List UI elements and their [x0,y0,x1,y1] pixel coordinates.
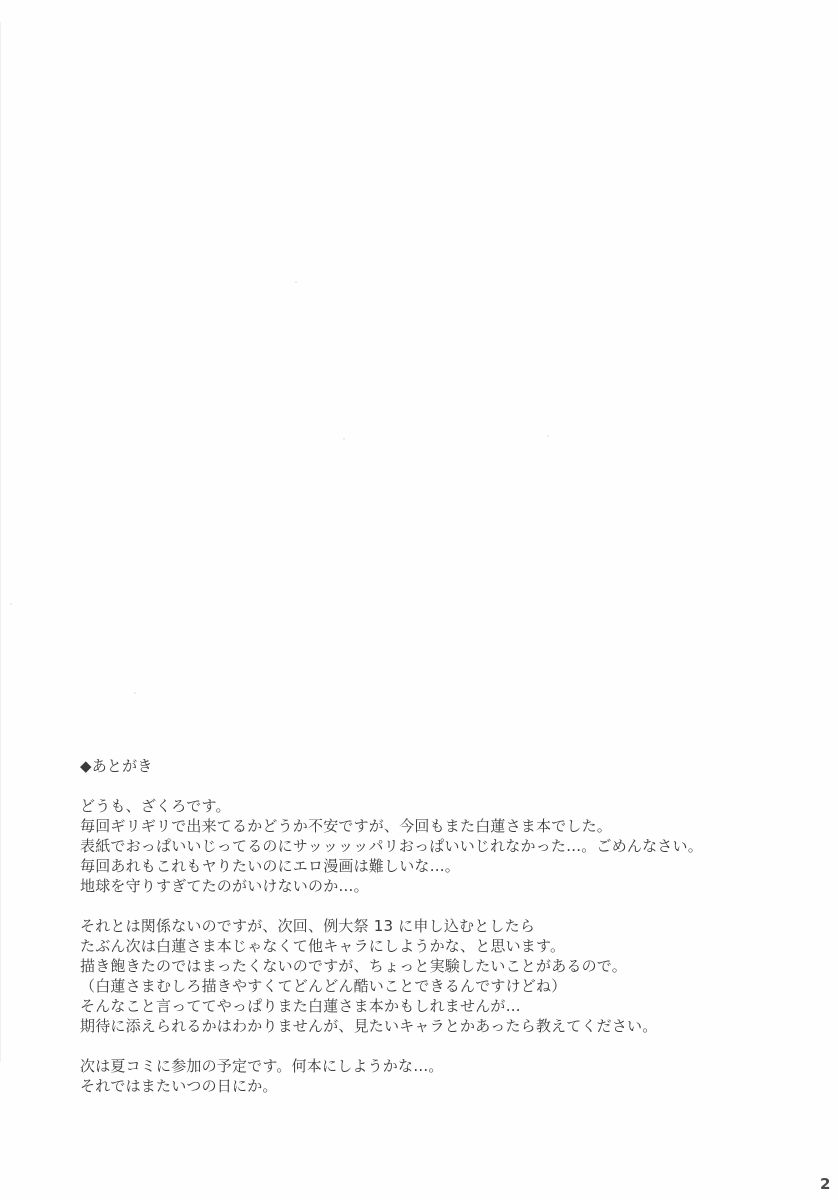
text-line: どうも、ざくろです。 [80,796,780,816]
text-line: 期待に添えられるかはわかりませんが、見たいキャラとかあったら教えてください。 [80,1016,780,1036]
scan-edge-artifact [0,22,1,1062]
text-line: それとは関係ないのですが、次回、例大祭 13 に申し込むとしたら [80,916,780,936]
text-line: 次は夏コミに参加の予定です。何本にしようかな…。 [80,1056,780,1076]
text-line: たぶん次は白蓮さま本じゃなくて他キャラにしようかな、と思います。 [80,936,780,956]
text-line: 地球を守りすぎてたのがいけないのか…。 [80,876,780,896]
dust-speck [134,692,136,694]
afterword-paragraph-2: それとは関係ないのですが、次回、例大祭 13 に申し込むとしたら たぶん次は白蓮… [80,916,780,1036]
afterword-section: ◆あとがき どうも、ざくろです。 毎回ギリギリで出来てるかどうか不安ですが、今回… [80,756,780,1116]
afterword-paragraph-1: どうも、ざくろです。 毎回ギリギリで出来てるかどうか不安ですが、今回もまた白蓮さ… [80,796,780,896]
text-line: （白蓮さまむしろ描きやすくてどんどん酷いことできるんですけどね） [80,976,780,996]
dust-speck [343,438,345,440]
text-line: 毎回ギリギリで出来てるかどうか不安ですが、今回もまた白蓮さま本でした。 [80,816,780,836]
text-line: 毎回あれもこれもヤりたいのにエロ漫画は難しいな…。 [80,856,780,876]
text-line: 表紙でおっぱいいじってるのにサッッッッパリおっぱいいじれなかった…。ごめんなさい… [80,836,780,856]
page-number: 2 [820,1175,830,1193]
dust-speck [10,603,12,605]
text-line: それではまたいつの日にか。 [80,1076,780,1096]
dust-speck [547,435,549,437]
afterword-heading: ◆あとがき [80,756,780,776]
afterword-paragraph-3: 次は夏コミに参加の予定です。何本にしようかな…。 それではまたいつの日にか。 [80,1056,780,1096]
text-line: 描き飽きたのではまったくないのですが、ちょっと実験したいことがあるので。 [80,956,780,976]
scanned-document-page: ◆あとがき どうも、ざくろです。 毎回ギリギリで出来てるかどうか不安ですが、今回… [0,0,838,1200]
text-line: そんなこと言っててやっぱりまた白蓮さま本かもしれませんが… [80,996,780,1016]
dust-speck [295,281,297,283]
